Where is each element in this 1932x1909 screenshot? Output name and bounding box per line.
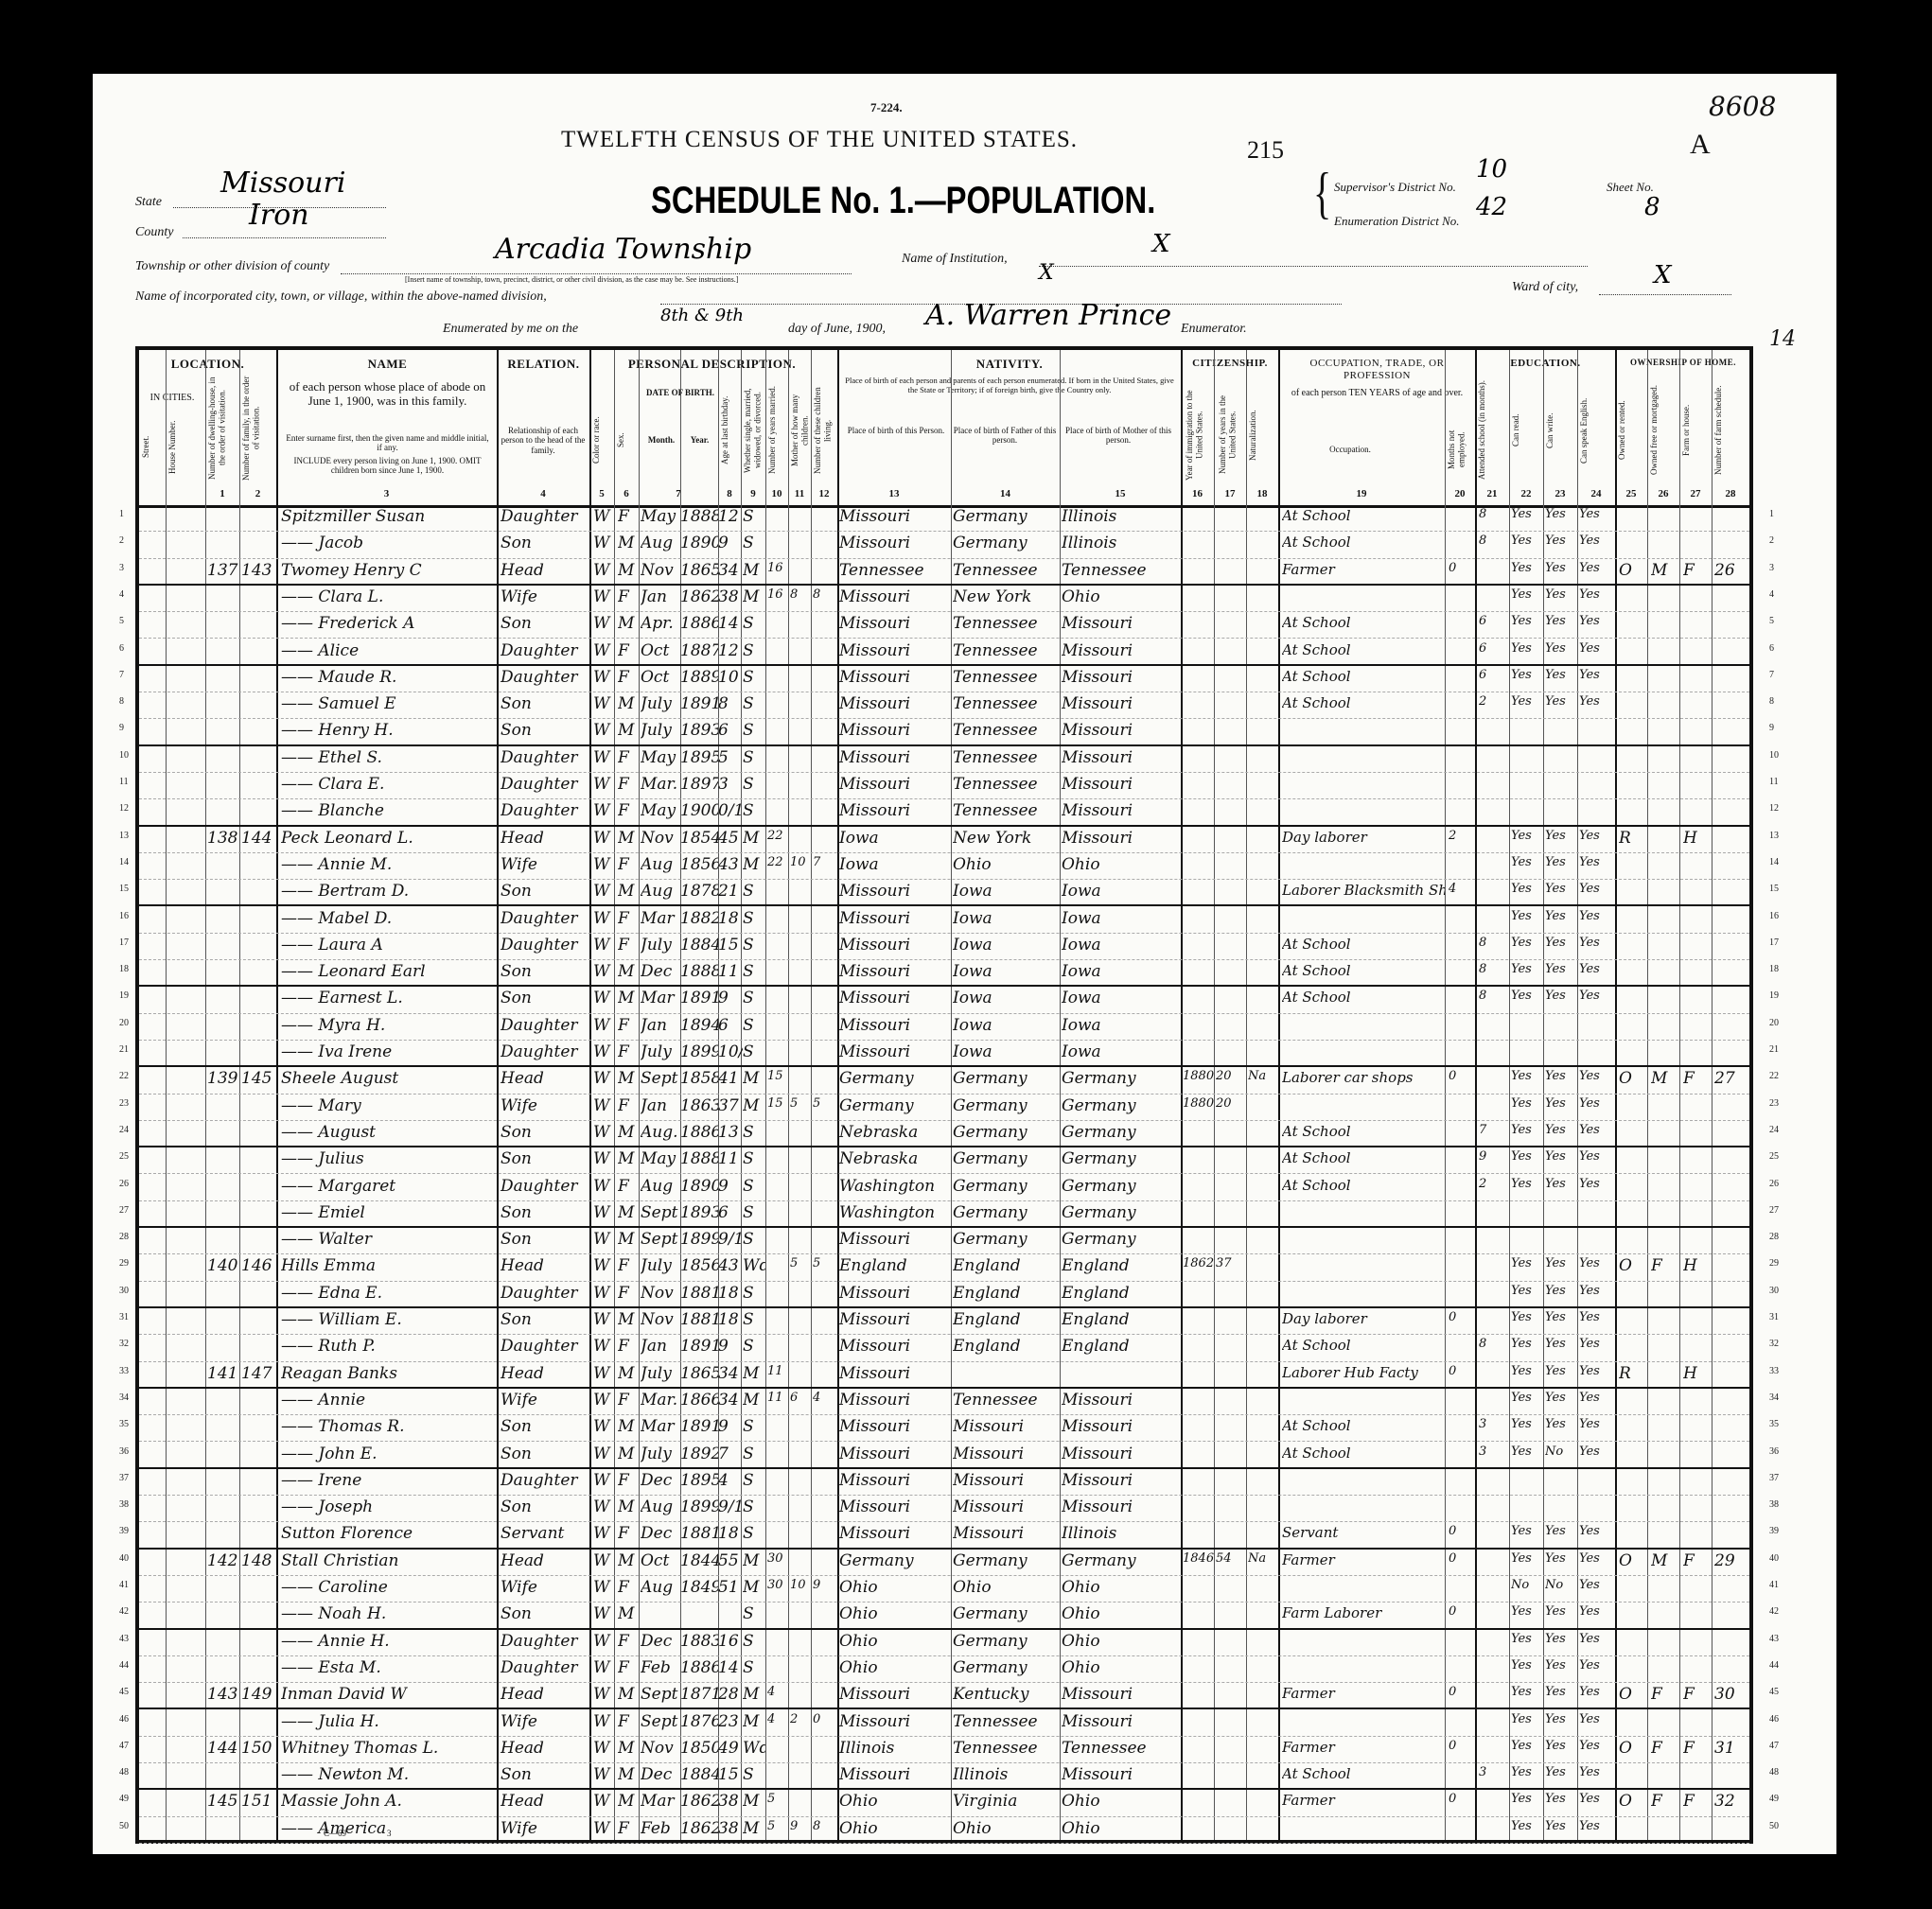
cell-unemp: 0 — [1449, 1685, 1473, 1699]
cell-bf: Missouri — [953, 1524, 1060, 1543]
cell-age: 23 — [718, 1712, 743, 1731]
cell-bf: Tennessee — [953, 748, 1060, 767]
cell-sch: 8 — [1479, 989, 1507, 1003]
table-row: —— AnnieWifeWFMar.186634M1164MissouriTen… — [139, 1389, 1749, 1415]
cell-sp: Yes — [1579, 1604, 1613, 1619]
row-number: 22 — [1769, 1071, 1779, 1081]
cell-bm: Ohio — [1062, 1578, 1181, 1597]
label-months-unemployed: Months not employed. — [1447, 416, 1471, 482]
cell-sp: Yes — [1579, 1524, 1613, 1538]
label-sex: Sex. — [616, 397, 635, 482]
cell-name: —— Laura A — [281, 936, 497, 954]
cell-ms: S — [743, 909, 765, 928]
row-number: 44 — [1769, 1660, 1779, 1671]
cell-bm: Ohio — [1062, 1792, 1181, 1811]
cell-mo: Feb — [641, 1658, 682, 1677]
row-number: 13 — [1769, 831, 1779, 841]
cell-bm: Missouri — [1062, 1471, 1181, 1490]
cell-name: —— Joseph — [281, 1497, 497, 1516]
cell-age: 12 — [718, 641, 743, 660]
cell-bf: Tennessee — [953, 775, 1060, 794]
cell-wr: Yes — [1545, 962, 1577, 976]
cell-sp: Yes — [1579, 1310, 1613, 1324]
cell-yr: 1856 — [680, 1256, 718, 1275]
cell-rd: Yes — [1511, 1310, 1543, 1324]
cell-nat: Na — [1248, 1551, 1278, 1566]
label-immigration: Year of immigration to the United States… — [1185, 388, 1211, 482]
cell-rd: Yes — [1511, 1337, 1543, 1351]
cell-rel: Head — [501, 1069, 589, 1088]
cell-fam: 143 — [241, 561, 275, 580]
cell-rel: Daughter — [501, 909, 589, 928]
cell-sch: 7 — [1479, 1123, 1507, 1137]
cell-col: W — [593, 507, 614, 526]
row-number: 23 — [119, 1098, 129, 1109]
row-number: 30 — [1769, 1286, 1779, 1296]
cell-name: —— Margaret — [281, 1177, 497, 1196]
cell-fam: 149 — [241, 1685, 275, 1704]
cell-wr: Yes — [1545, 641, 1577, 656]
cell-rel: Servant — [501, 1524, 589, 1543]
cell-sex: M — [618, 1417, 639, 1436]
label-can-write: Can write. — [1545, 378, 1572, 482]
row-number: 1 — [1769, 509, 1774, 519]
cell-ym: 15 — [767, 1069, 790, 1083]
cell-own: O — [1619, 1069, 1647, 1088]
township-note: [Insert name of township, town, precinct… — [405, 275, 738, 284]
cell-rel: Head — [501, 1739, 589, 1758]
cell-age: 34 — [718, 561, 743, 580]
cell-age: 43 — [718, 855, 743, 874]
cell-bm: Germany — [1062, 1203, 1181, 1222]
cell-bm: Tennessee — [1062, 561, 1181, 580]
cell-sch: 9 — [1479, 1149, 1507, 1164]
row-number: 48 — [119, 1767, 129, 1778]
cell-sch: 8 — [1479, 962, 1507, 976]
cell-bf: Missouri — [953, 1417, 1060, 1436]
cell-own: R — [1619, 829, 1647, 848]
cell-mo: Sept — [641, 1230, 682, 1249]
row-number: 15 — [119, 884, 129, 894]
cell-bm: Iowa — [1062, 1016, 1181, 1035]
institution-label: Name of Institution, — [902, 252, 1008, 267]
cell-ms: S — [743, 962, 765, 981]
cell-rel: Son — [501, 962, 589, 981]
cell-ms: S — [743, 1604, 765, 1623]
cell-wr: Yes — [1545, 1685, 1577, 1699]
cell-unemp: 0 — [1449, 1069, 1473, 1083]
cell-yr: 1862 — [680, 587, 718, 606]
cell-fh: F — [1683, 1685, 1712, 1704]
cell-rd: Yes — [1511, 829, 1543, 843]
cell-rd: Yes — [1511, 1739, 1543, 1753]
cell-col: W — [593, 1604, 614, 1623]
cell-age: 18 — [718, 1310, 743, 1329]
cell-ym: 22 — [767, 855, 790, 869]
cell-bm: Iowa — [1062, 936, 1181, 954]
cell-occ: At School — [1282, 936, 1445, 953]
cell-rd: No — [1511, 1578, 1543, 1592]
row-number: 47 — [119, 1741, 129, 1751]
cell-sp: Yes — [1579, 587, 1613, 602]
cell-rd: Yes — [1511, 1685, 1543, 1699]
row-number: 35 — [1769, 1419, 1779, 1429]
cell-rel: Daughter — [501, 775, 589, 794]
cell-bf: Germany — [953, 1096, 1060, 1115]
cell-unemp: 2 — [1449, 829, 1473, 843]
cell-bp: Missouri — [839, 641, 951, 660]
cell-bf: Germany — [953, 1604, 1060, 1623]
label-age: Age at last birthday. — [720, 378, 741, 482]
row-number: 34 — [119, 1392, 129, 1403]
label-years-married: Number of years married. — [767, 378, 788, 482]
cell-bf: Tennessee — [953, 1712, 1060, 1731]
cell-ms: S — [743, 1658, 765, 1677]
row-number: 29 — [119, 1258, 129, 1269]
cell-yr: 1893 — [680, 1203, 718, 1222]
cell-ms: M — [743, 1096, 765, 1115]
cell-name: —— Leonard Earl — [281, 962, 497, 981]
cell-rd: Yes — [1511, 1819, 1543, 1833]
column-number: 19 — [1278, 488, 1445, 499]
cell-ms: S — [743, 1016, 765, 1035]
cell-fam: 144 — [241, 829, 275, 848]
cell-yr: 1900 — [680, 801, 718, 820]
cell-rd: Yes — [1511, 1765, 1543, 1779]
group-in-cities: IN CITIES. — [139, 393, 205, 404]
cell-occ: Farmer — [1282, 1792, 1445, 1809]
cell-bm: Missouri — [1062, 668, 1181, 687]
row-number: 20 — [1769, 1018, 1779, 1028]
cell-name: Whitney Thomas L. — [281, 1739, 497, 1758]
institution-line — [1039, 265, 1588, 267]
cell-bm: Iowa — [1062, 962, 1181, 981]
cell-bm: Illinois — [1062, 1524, 1181, 1543]
cell-age: 34 — [718, 1364, 743, 1383]
table-row: Sutton FlorenceServantWFDec188118SMissou… — [139, 1522, 1749, 1549]
cell-bm: Germany — [1062, 1096, 1181, 1115]
cell-ms: S — [743, 1310, 765, 1329]
cell-sch: 2 — [1479, 1177, 1507, 1191]
cell-age: 0/12 — [718, 801, 743, 820]
table-row: —— Iva IreneDaughterWFJuly189910/12SMiss… — [139, 1041, 1749, 1067]
cell-sp: Yes — [1579, 909, 1613, 923]
cell-col: W — [593, 1497, 614, 1516]
cell-age: 12 — [718, 507, 743, 526]
cell-occ: At School — [1282, 1123, 1445, 1140]
cell-mo: Dec — [641, 1524, 682, 1543]
cell-bp: Missouri — [839, 1471, 951, 1490]
row-number: 29 — [1769, 1258, 1779, 1269]
cell-bp: Germany — [839, 1096, 951, 1115]
cell-ms: M — [743, 1551, 765, 1570]
cell-bf: Germany — [953, 1658, 1060, 1677]
cell-sp: Yes — [1579, 1123, 1613, 1137]
cell-rel: Son — [501, 1604, 589, 1623]
row-number: 8 — [119, 696, 124, 707]
cell-wr: Yes — [1545, 936, 1577, 950]
cell-name: —— Noah H. — [281, 1604, 497, 1623]
cell-bm: Missouri — [1062, 748, 1181, 767]
enumerated-suffix: day of June, 1900, — [788, 322, 886, 337]
cell-rel: Son — [501, 1123, 589, 1142]
cell-bf: Ohio — [953, 855, 1060, 874]
cell-mc: 10 — [790, 855, 813, 869]
cell-col: W — [593, 1096, 614, 1115]
cell-rd: Yes — [1511, 1658, 1543, 1673]
cell-col: W — [593, 1256, 614, 1275]
cell-col: W — [593, 1765, 614, 1784]
cell-age: 38 — [718, 1792, 743, 1811]
cell-ms: M — [743, 829, 765, 848]
cell-ms: S — [743, 1230, 765, 1249]
row-number: 5 — [1769, 616, 1774, 626]
table-row: —— Mabel D.DaughterWFMar188218SMissouriI… — [139, 907, 1749, 934]
cell-bp: Missouri — [839, 1445, 951, 1463]
supervisor-label: Supervisor's District No. — [1334, 180, 1456, 195]
table-row: —— IreneDaughterWFDec18954SMissouriMisso… — [139, 1469, 1749, 1496]
cell-bm: Missouri — [1062, 1712, 1181, 1731]
cell-rd: Yes — [1511, 507, 1543, 521]
row-number: 11 — [119, 777, 129, 787]
cell-rel: Daughter — [501, 748, 589, 767]
sub-number: 3 — [387, 1829, 392, 1838]
cell-sp: Yes — [1579, 855, 1613, 869]
cell-sp: Yes — [1579, 1149, 1613, 1164]
cell-bp: Missouri — [839, 962, 951, 981]
cell-bm: Missouri — [1062, 721, 1181, 740]
cell-bp: Missouri — [839, 534, 951, 552]
cell-rd: Yes — [1511, 1364, 1543, 1378]
cell-bp: Nebraska — [839, 1149, 951, 1168]
cell-ms: M — [743, 1819, 765, 1838]
cell-ym: 22 — [767, 829, 790, 843]
row-number: 19 — [1769, 990, 1779, 1001]
cell-bm: Illinois — [1062, 507, 1181, 526]
cell-age: 45 — [718, 829, 743, 848]
column-number: 9 — [741, 488, 765, 499]
cell-bf: Tennessee — [953, 721, 1060, 740]
label-years-us: Number of years in the United States. — [1218, 388, 1244, 482]
cell-rel: Daughter — [501, 668, 589, 687]
row-number: 41 — [119, 1580, 129, 1590]
enumerated-prefix: Enumerated by me on the — [443, 322, 578, 337]
row-number: 22 — [119, 1071, 129, 1081]
cell-ms: S — [743, 1417, 765, 1436]
cell-col: W — [593, 1819, 614, 1838]
cell-rd: Yes — [1511, 614, 1543, 628]
cell-rel: Daughter — [501, 1658, 589, 1677]
cell-occ: Farmer — [1282, 561, 1445, 578]
cell-bp: Germany — [839, 1551, 951, 1570]
row-number: 7 — [119, 670, 124, 680]
cell-occ: Servant — [1282, 1524, 1445, 1541]
cell-name: —— Earnest L. — [281, 989, 497, 1007]
cell-bp: Missouri — [839, 801, 951, 820]
group-citizenship: CITIZENSHIP. — [1183, 358, 1277, 370]
cell-ms: M — [743, 587, 765, 606]
cell-occ: Laborer car shops — [1282, 1069, 1445, 1086]
row-number: 34 — [1769, 1392, 1779, 1403]
cell-age: 51 — [718, 1578, 743, 1597]
label-birth-mother: Place of birth of Mother of this person. — [1062, 426, 1175, 446]
cell-occ: Day laborer — [1282, 1310, 1445, 1327]
cell-mo: July — [641, 721, 682, 740]
cell-rel: Daughter — [501, 507, 589, 526]
cell-mo: Mar. — [641, 1391, 682, 1410]
cell-sch: 3 — [1479, 1417, 1507, 1431]
table-row: —— Myra H.DaughterWFJan18946SMissouriIow… — [139, 1014, 1749, 1041]
row-number: 17 — [1769, 937, 1779, 948]
cell-yr: 1899 — [680, 1497, 718, 1516]
cell-name: —— Caroline — [281, 1578, 497, 1597]
cell-bm: Ohio — [1062, 1658, 1181, 1677]
cell-wr: Yes — [1545, 1739, 1577, 1753]
row-number: 42 — [1769, 1606, 1779, 1617]
cell-sex: M — [618, 882, 639, 901]
form-code: C—69 — [324, 1829, 346, 1838]
city-value: X — [1039, 261, 1054, 285]
cell-unemp: 0 — [1449, 1739, 1473, 1753]
cell-wr: Yes — [1545, 855, 1577, 869]
cell-age: 37 — [718, 1096, 743, 1115]
cell-bp: Missouri — [839, 1016, 951, 1035]
cell-occ: At School — [1282, 534, 1445, 551]
cell-col: W — [593, 1524, 614, 1543]
cell-bp: Tennessee — [839, 561, 951, 580]
cell-bf: Iowa — [953, 1016, 1060, 1035]
table-row: 141147Reagan BanksHeadWMJuly186534M11Mis… — [139, 1362, 1749, 1389]
cell-bp: Missouri — [839, 1391, 951, 1410]
cell-col: W — [593, 1739, 614, 1758]
cell-ym: 11 — [767, 1391, 790, 1405]
table-row: —— Ethel S.DaughterWFMay18955SMissouriTe… — [139, 746, 1749, 773]
cell-col: W — [593, 534, 614, 552]
cell-sp: Yes — [1579, 962, 1613, 976]
cell-bp: England — [839, 1256, 951, 1275]
state-value: Missouri — [220, 166, 345, 200]
cell-sch: 6 — [1479, 614, 1507, 628]
cell-ms: S — [743, 1149, 765, 1168]
cell-occ: At School — [1282, 668, 1445, 685]
table-row: —— AugustSonWMAug.188613SNebraskaGermany… — [139, 1121, 1749, 1147]
cell-wr: Yes — [1545, 1177, 1577, 1191]
cell-bm: Iowa — [1062, 1042, 1181, 1061]
cell-ms: S — [743, 1524, 765, 1543]
cell-rel: Daughter — [501, 801, 589, 820]
cell-bm: Missouri — [1062, 614, 1181, 633]
column-number: 15 — [1060, 488, 1181, 499]
cell-rd: Yes — [1511, 1391, 1543, 1405]
cell-bf: Germany — [953, 1149, 1060, 1168]
cell-own: O — [1619, 1685, 1647, 1704]
cell-bf: Ohio — [953, 1819, 1060, 1838]
cell-sex: F — [618, 1042, 639, 1061]
cell-bf: England — [953, 1310, 1060, 1329]
cell-cl: 8 — [813, 587, 837, 602]
cell-ym: 5 — [767, 1792, 790, 1806]
cell-bm: Missouri — [1062, 829, 1181, 848]
cell-name: —— August — [281, 1123, 497, 1142]
cell-mo: May — [641, 507, 682, 526]
cell-yus: 20 — [1216, 1096, 1246, 1111]
cell-sex: M — [618, 1739, 639, 1758]
cell-rd: Yes — [1511, 1123, 1543, 1137]
cell-rd: Yes — [1511, 882, 1543, 896]
column-number: 6 — [614, 488, 639, 499]
group-ownership: OWNERSHIP OF HOME. — [1617, 358, 1749, 367]
cell-bp: Missouri — [839, 748, 951, 767]
cell-yr: 1865 — [680, 561, 718, 580]
cell-ms: M — [743, 1391, 765, 1410]
cell-occ: Farmer — [1282, 1551, 1445, 1568]
cell-rel: Wife — [501, 1578, 589, 1597]
cell-bp: Missouri — [839, 1364, 951, 1383]
cell-sex: M — [618, 1310, 639, 1329]
cell-yr: 1892 — [680, 1445, 718, 1463]
cell-yr: 1871 — [680, 1685, 718, 1704]
cell-bp: Iowa — [839, 829, 951, 848]
cell-yr: 1854 — [680, 829, 718, 848]
cell-bf: Germany — [953, 1632, 1060, 1651]
cell-bm: Ohio — [1062, 1632, 1181, 1651]
cell-name: —— Henry H. — [281, 721, 497, 740]
row-number: 31 — [1769, 1312, 1779, 1322]
table-row: —— JacobSonWMAug18909SMissouriGermanyIll… — [139, 532, 1749, 558]
cell-sp: Yes — [1579, 1765, 1613, 1779]
cell-sp: Yes — [1579, 1391, 1613, 1405]
cell-unemp: 0 — [1449, 1792, 1473, 1806]
cell-wr: Yes — [1545, 989, 1577, 1003]
cell-mo: Nov — [641, 1310, 682, 1329]
cell-ms: S — [743, 801, 765, 820]
cell-sex: M — [618, 1069, 639, 1088]
row-number: 38 — [1769, 1499, 1779, 1510]
cell-imm: 1880 — [1183, 1069, 1215, 1083]
census-sheet: 7-224. 8608 TWELFTH CENSUS OF THE UNITED… — [93, 74, 1836, 1854]
row-number: 47 — [1769, 1741, 1779, 1751]
cell-yr: 1887 — [680, 641, 718, 660]
city-label: Name of incorporated city, town, or vill… — [135, 289, 547, 305]
cell-name: Stall Christian — [281, 1551, 497, 1570]
cell-name: —— Alice — [281, 641, 497, 660]
row-number: 31 — [119, 1312, 129, 1322]
cell-bf: Tennessee — [953, 801, 1060, 820]
cell-sp: Yes — [1579, 1792, 1613, 1806]
cell-ms: S — [743, 989, 765, 1007]
cell-sex: F — [618, 1337, 639, 1356]
cell-ym: 11 — [767, 1364, 790, 1378]
cell-bp: Missouri — [839, 1524, 951, 1543]
cell-name: —— Annie — [281, 1391, 497, 1410]
cell-rel: Daughter — [501, 1337, 589, 1356]
cell-mc: 2 — [790, 1712, 813, 1726]
cell-bm: Missouri — [1062, 1391, 1181, 1410]
cell-rel: Son — [501, 882, 589, 901]
cell-yr: 1889 — [680, 668, 718, 687]
cell-rd: Yes — [1511, 1445, 1543, 1459]
cell-fm: F — [1651, 1792, 1679, 1811]
cell-dw: 141 — [207, 1364, 239, 1383]
cell-wr: Yes — [1545, 668, 1577, 682]
cell-sex: F — [618, 668, 639, 687]
cell-wr: Yes — [1545, 882, 1577, 896]
cell-sex: F — [618, 507, 639, 526]
enumerator-label: Enumerator. — [1181, 322, 1247, 337]
cell-age: 38 — [718, 1819, 743, 1838]
cell-yr: 1881 — [680, 1284, 718, 1303]
column-number: 25 — [1615, 488, 1647, 499]
